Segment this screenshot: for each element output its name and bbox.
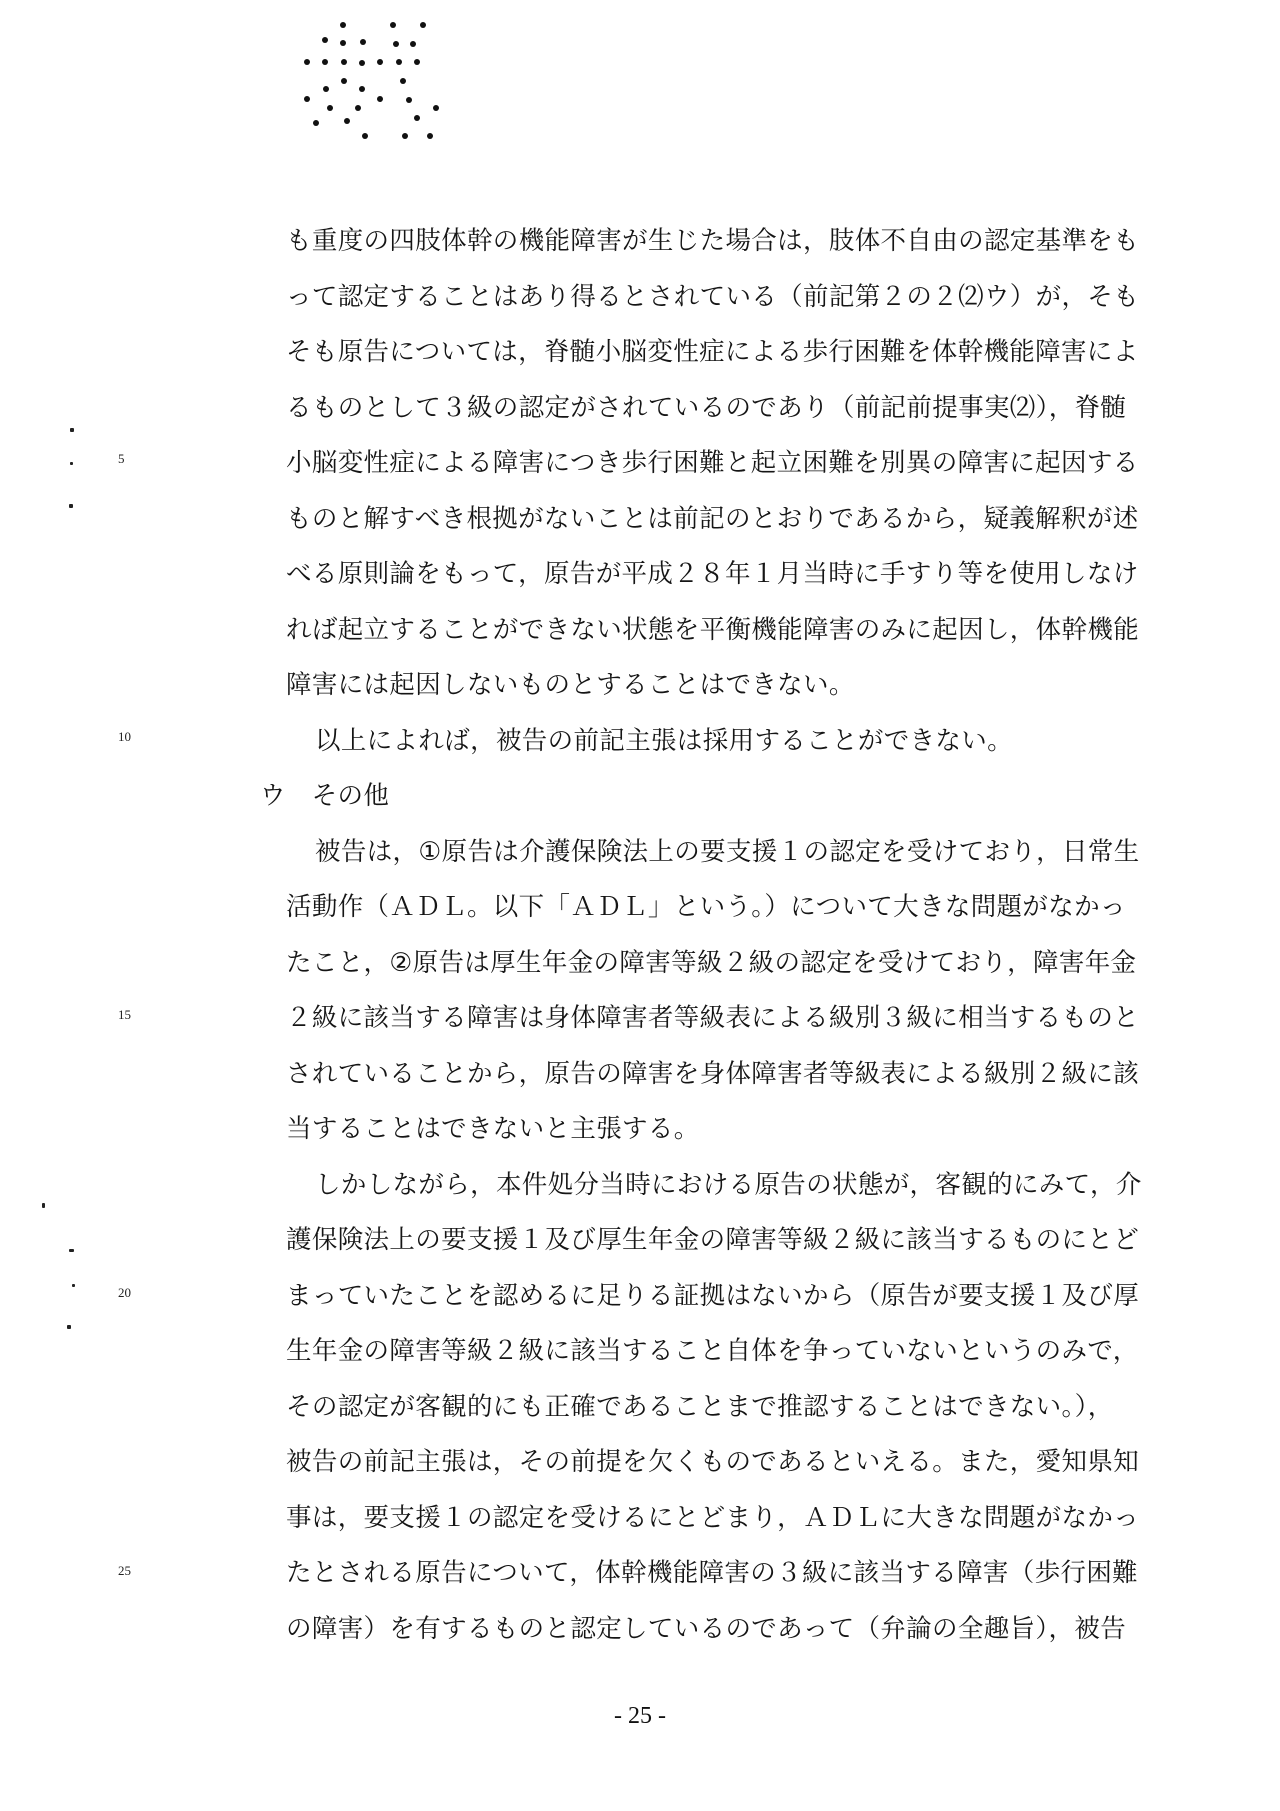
line-number-20: 20 [118, 1285, 131, 1301]
text-line: たこと，②原告は厚生年金の障害等級２級の認定を受けており，障害年金 [286, 936, 1196, 992]
text-line: 障害には起因しないものとすることはできない。 [286, 658, 1196, 714]
paragraph-start-line: 被告は，①原告は介護保険法上の要支援１の認定を受けており，日常生 [286, 825, 1196, 881]
text-line: 活動作（ＡＤＬ。以下「ＡＤＬ」という。）について大きな問題がなかっ [286, 880, 1196, 936]
text-line: 当することはできないと主張する。 [286, 1102, 1196, 1158]
text-line: 小脳変性症による障害につき歩行困難と起立困難を別異の障害に起因する [286, 436, 1196, 492]
text-line: れば起立することができない状態を平衡機能障害のみに起因し，体幹機能 [286, 603, 1196, 659]
line-number-gutter: 5 10 15 20 25 [0, 0, 160, 1811]
text-line: ものと解すべき根拠がないことは前記のとおりであるから，疑義解釈が述 [286, 492, 1196, 548]
margin-mark [69, 504, 73, 508]
margin-mark [70, 462, 73, 465]
text-line: まっていたことを認めるに足りる証拠はないから（原告が要支援１及び厚 [286, 1269, 1196, 1325]
text-line: 事は，要支援１の認定を受けるにとどまり，ＡＤＬに大きな問題がなかっ [286, 1491, 1196, 1547]
text-line: されていることから，原告の障害を身体障害者等級表による級別２級に該 [286, 1047, 1196, 1103]
margin-mark [42, 1203, 45, 1208]
section-heading-u-sonota: ウ その他 [260, 769, 1196, 825]
text-line: ２級に該当する障害は身体障害者等級表による級別３級に相当するものと [286, 991, 1196, 1047]
text-line: って認定することはあり得るとされている（前記第２の２⑵ウ）が，そも [286, 270, 1196, 326]
text-line: 護保険法上の要支援１及び厚生年金の障害等級２級に該当するものにとど [286, 1213, 1196, 1269]
line-number-5: 5 [118, 451, 125, 467]
paragraph-start-line: 以上によれば，被告の前記主張は採用することができない。 [286, 714, 1196, 770]
text-line: そも原告については，脊髄小脳変性症による歩行困難を体幹機能障害によ [286, 325, 1196, 381]
line-number-25: 25 [118, 1563, 131, 1579]
text-line: の障害）を有するものと認定しているのであって（弁論の全趣旨），被告 [286, 1602, 1196, 1658]
text-line: その認定が客観的にも正確であることまで推認することはできない。）， [286, 1380, 1196, 1436]
margin-mark [67, 1325, 71, 1329]
margin-mark [70, 428, 74, 432]
text-line: も重度の四肢体幹の機能障害が生じた場合は，肢体不自由の認定基準をも [286, 214, 1196, 270]
text-line: 生年金の障害等級２級に該当すること自体を争っていないというのみで， [286, 1324, 1196, 1380]
document-page: 5 10 15 20 25 も重度の四肢体幹の機能障害が生じた場合は，肢体不自由… [0, 0, 1280, 1811]
line-number-10: 10 [118, 729, 131, 745]
margin-mark [69, 1249, 74, 1252]
text-line: 被告の前記主張は，その前提を欠くものであるといえる。また，愛知県知 [286, 1435, 1196, 1491]
text-line: べる原則論をもって，原告が平成２８年１月当時に手すり等を使用しなけ [286, 547, 1196, 603]
document-body: も重度の四肢体幹の機能障害が生じた場合は，肢体不自由の認定基準をも って認定する… [286, 214, 1196, 1657]
text-line: たとされる原告について，体幹機能障害の３級に該当する障害（歩行困難 [286, 1546, 1196, 1602]
line-number-15: 15 [118, 1007, 131, 1023]
scan-dot-pattern-icon [280, 0, 460, 150]
text-line: るものとして３級の認定がされているのであり（前記前提事実⑵），脊髄 [286, 381, 1196, 437]
page-number: - 25 - [0, 1703, 1280, 1730]
paragraph-start-line: しかしながら，本件処分当時における原告の状態が，客観的にみて，介 [286, 1158, 1196, 1214]
margin-mark [72, 1284, 75, 1287]
